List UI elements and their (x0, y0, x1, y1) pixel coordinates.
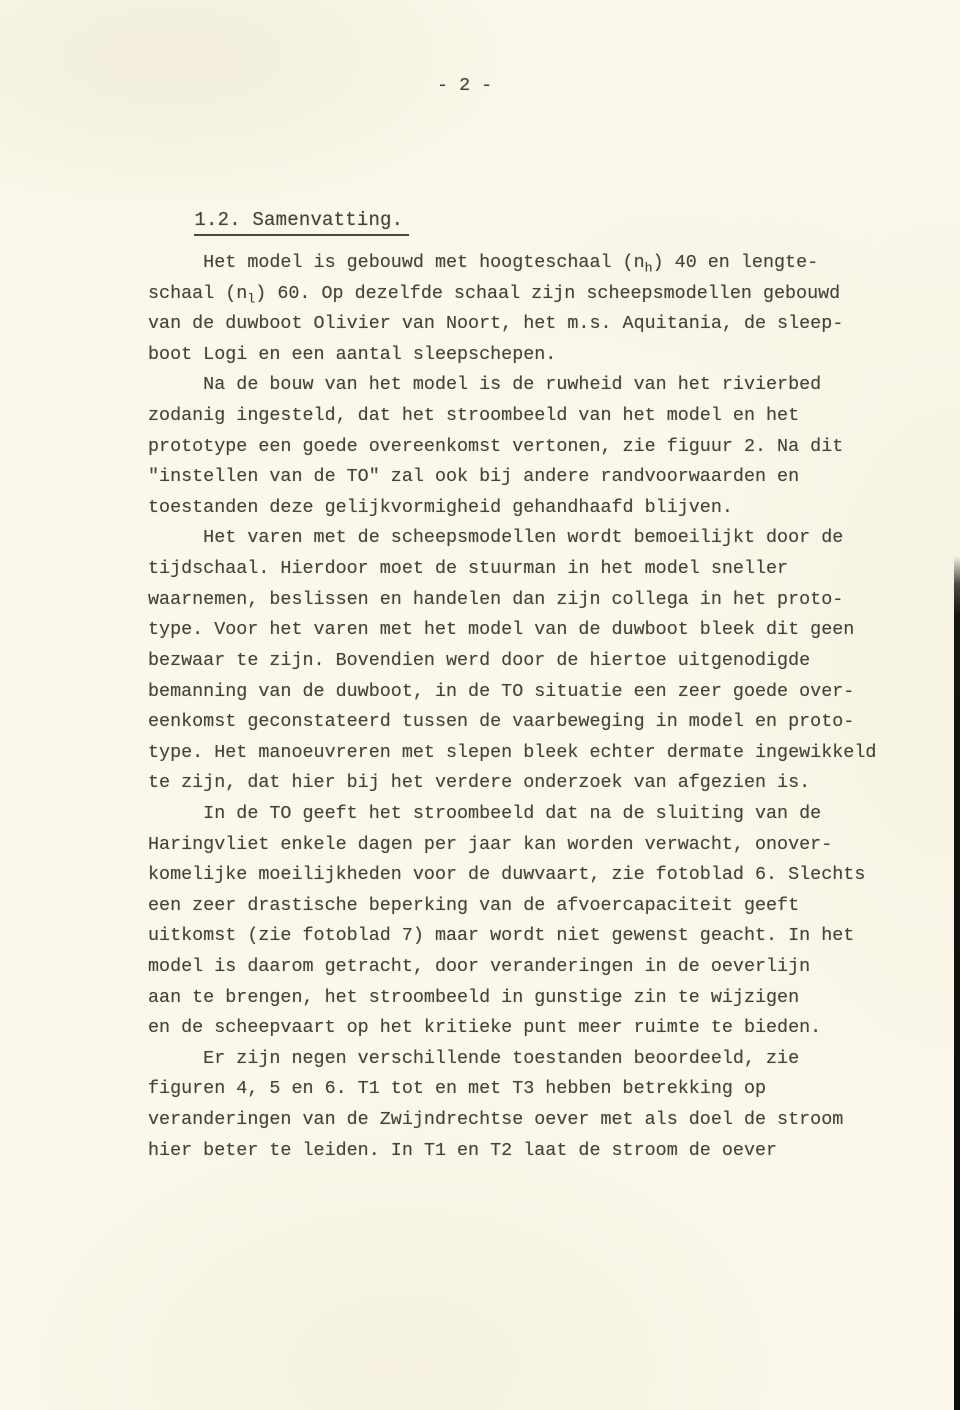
text-line: veranderingen van de Zwijndrechtse oever… (148, 1105, 908, 1136)
page-number: - 2 - (437, 75, 492, 96)
text-line: "instellen van de TO" zal ook bij andere… (148, 462, 908, 493)
body-text: Het model is gebouwd met hoogteschaal (n… (148, 248, 908, 1166)
text-line: Na de bouw van het model is de ruwheid v… (148, 370, 908, 401)
text-line: boot Logi en een aantal sleepschepen. (148, 340, 908, 371)
text-line: prototype een goede overeenkomst vertone… (148, 432, 908, 463)
text-line: bemanning van de duwboot, in de TO situa… (148, 677, 908, 708)
text-line: een zeer drastische beperking van de afv… (148, 891, 908, 922)
text-line: hier beter te leiden. In T1 en T2 laat d… (148, 1136, 908, 1167)
text-line: type. Voor het varen met het model van d… (148, 615, 908, 646)
text-line: toestanden deze gelijkvormigheid gehandh… (148, 493, 908, 524)
scan-edge-shadow (954, 556, 960, 1410)
text-line: waarnemen, beslissen en handelen dan zij… (148, 585, 908, 616)
document-page: - 2 - 1.2. Samenvatting. Het model is ge… (0, 0, 960, 1410)
text-line: en de scheepvaart op het kritieke punt m… (148, 1013, 908, 1044)
text-line: In de TO geeft het stroombeeld dat na de… (148, 799, 908, 830)
text-line: te zijn, dat hier bij het verdere onderz… (148, 768, 908, 799)
text-line: aan te brengen, het stroombeeld in gunst… (148, 983, 908, 1014)
text-line: model is daarom getracht, door veranderi… (148, 952, 908, 983)
text-line: tijdschaal. Hierdoor moet de stuurman in… (148, 554, 908, 585)
text-line: figuren 4, 5 en 6. T1 tot en met T3 hebb… (148, 1074, 908, 1105)
text-line: zodanig ingesteld, dat het stroombeeld v… (148, 401, 908, 432)
text-line: eenkomst geconstateerd tussen de vaarbew… (148, 707, 908, 738)
text-line: type. Het manoeuvreren met slepen bleek … (148, 738, 908, 769)
text-line: uitkomst (zie fotoblad 7) maar wordt nie… (148, 921, 908, 952)
text-line: schaal (nl) 60. Op dezelfde schaal zijn … (148, 279, 908, 310)
text-line: Er zijn negen verschillende toestanden b… (148, 1044, 908, 1075)
section-heading-text: 1.2. Samenvatting. (194, 209, 409, 236)
text-line: bezwaar te zijn. Bovendien werd door de … (148, 646, 908, 677)
text-line: komelijke moeilijkheden voor de duwvaart… (148, 860, 908, 891)
text-line: van de duwboot Olivier van Noort, het m.… (148, 309, 908, 340)
text-line: Het model is gebouwd met hoogteschaal (n… (148, 248, 908, 279)
text-line: Het varen met de scheepsmodellen wordt b… (148, 523, 908, 554)
text-line: Haringvliet enkele dagen per jaar kan wo… (148, 830, 908, 861)
